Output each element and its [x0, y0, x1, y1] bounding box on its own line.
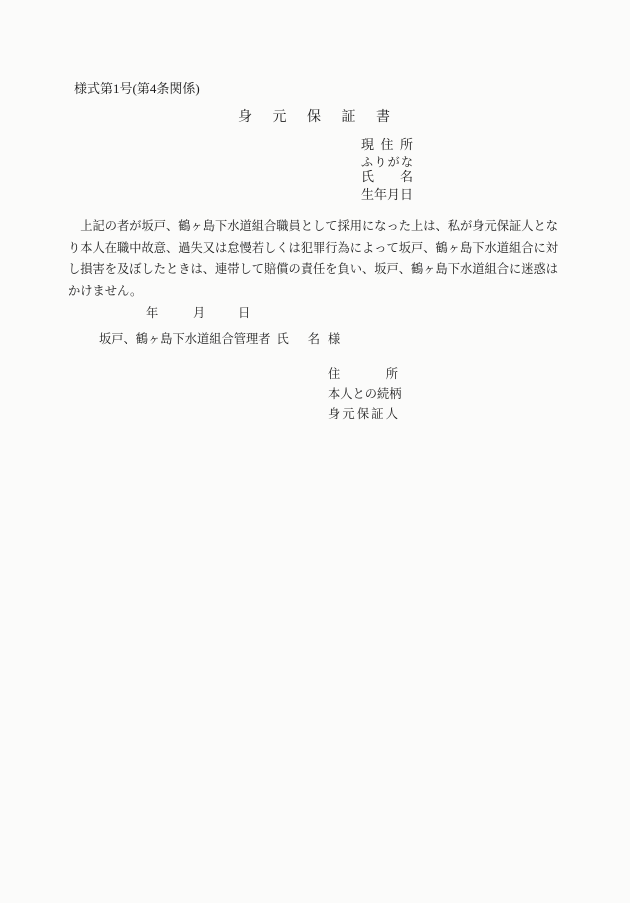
birthdate-label: 生年月日 — [361, 187, 413, 202]
statement-line-2: り本人在職中故意、過失又は怠慢若しくは犯罪行為によって坂戸、鶴ヶ島下水道組合に対 — [68, 238, 562, 260]
statement-line-4: かけません。 — [68, 281, 562, 303]
form-number: 様式第1号(第4条関係) — [74, 81, 200, 96]
recipient-organization: 坂戸、鶴ヶ島下水道組合管理者 — [99, 332, 271, 347]
recipient-line: 坂戸、鶴ヶ島下水道組合管理者 氏 名 様 — [99, 332, 340, 347]
furigana-label: ふりがな — [361, 155, 413, 170]
current-address-label: 現住所 — [361, 137, 413, 152]
recipient-givenname-label: 名 — [308, 332, 320, 347]
guarantor-relationship-label: 本人との続柄 — [328, 387, 402, 402]
date-line: 年 月 日 — [0, 306, 630, 321]
guarantee-statement: 上記の者が坂戸、鶴ヶ島下水道組合職員として採用になった上は、私が身元保証人とな … — [68, 216, 562, 302]
name-label: 氏名 — [361, 169, 413, 184]
statement-line-1: 上記の者が坂戸、鶴ヶ島下水道組合職員として採用になった上は、私が身元保証人とな — [68, 216, 562, 238]
guarantor-address-label: 住所 — [328, 367, 398, 382]
document-page: 様式第1号(第4条関係) 身元保証書 現住所 ふりがな 氏名 生年月日 上記の者… — [0, 0, 630, 903]
document-title: 身元保証書 — [238, 110, 411, 126]
guarantor-title-label: 身元保証人 — [328, 407, 398, 422]
recipient-honorific: 様 — [328, 332, 340, 347]
statement-line-3: し損害を及ぼしたときは、連帯して賠償の責任を負い、坂戸、鶴ヶ島下水道組合に迷惑は — [68, 259, 562, 281]
recipient-surname-label: 氏 — [277, 332, 289, 347]
month-label: 月 — [193, 306, 205, 321]
day-label: 日 — [238, 306, 250, 321]
year-label: 年 — [146, 306, 158, 321]
